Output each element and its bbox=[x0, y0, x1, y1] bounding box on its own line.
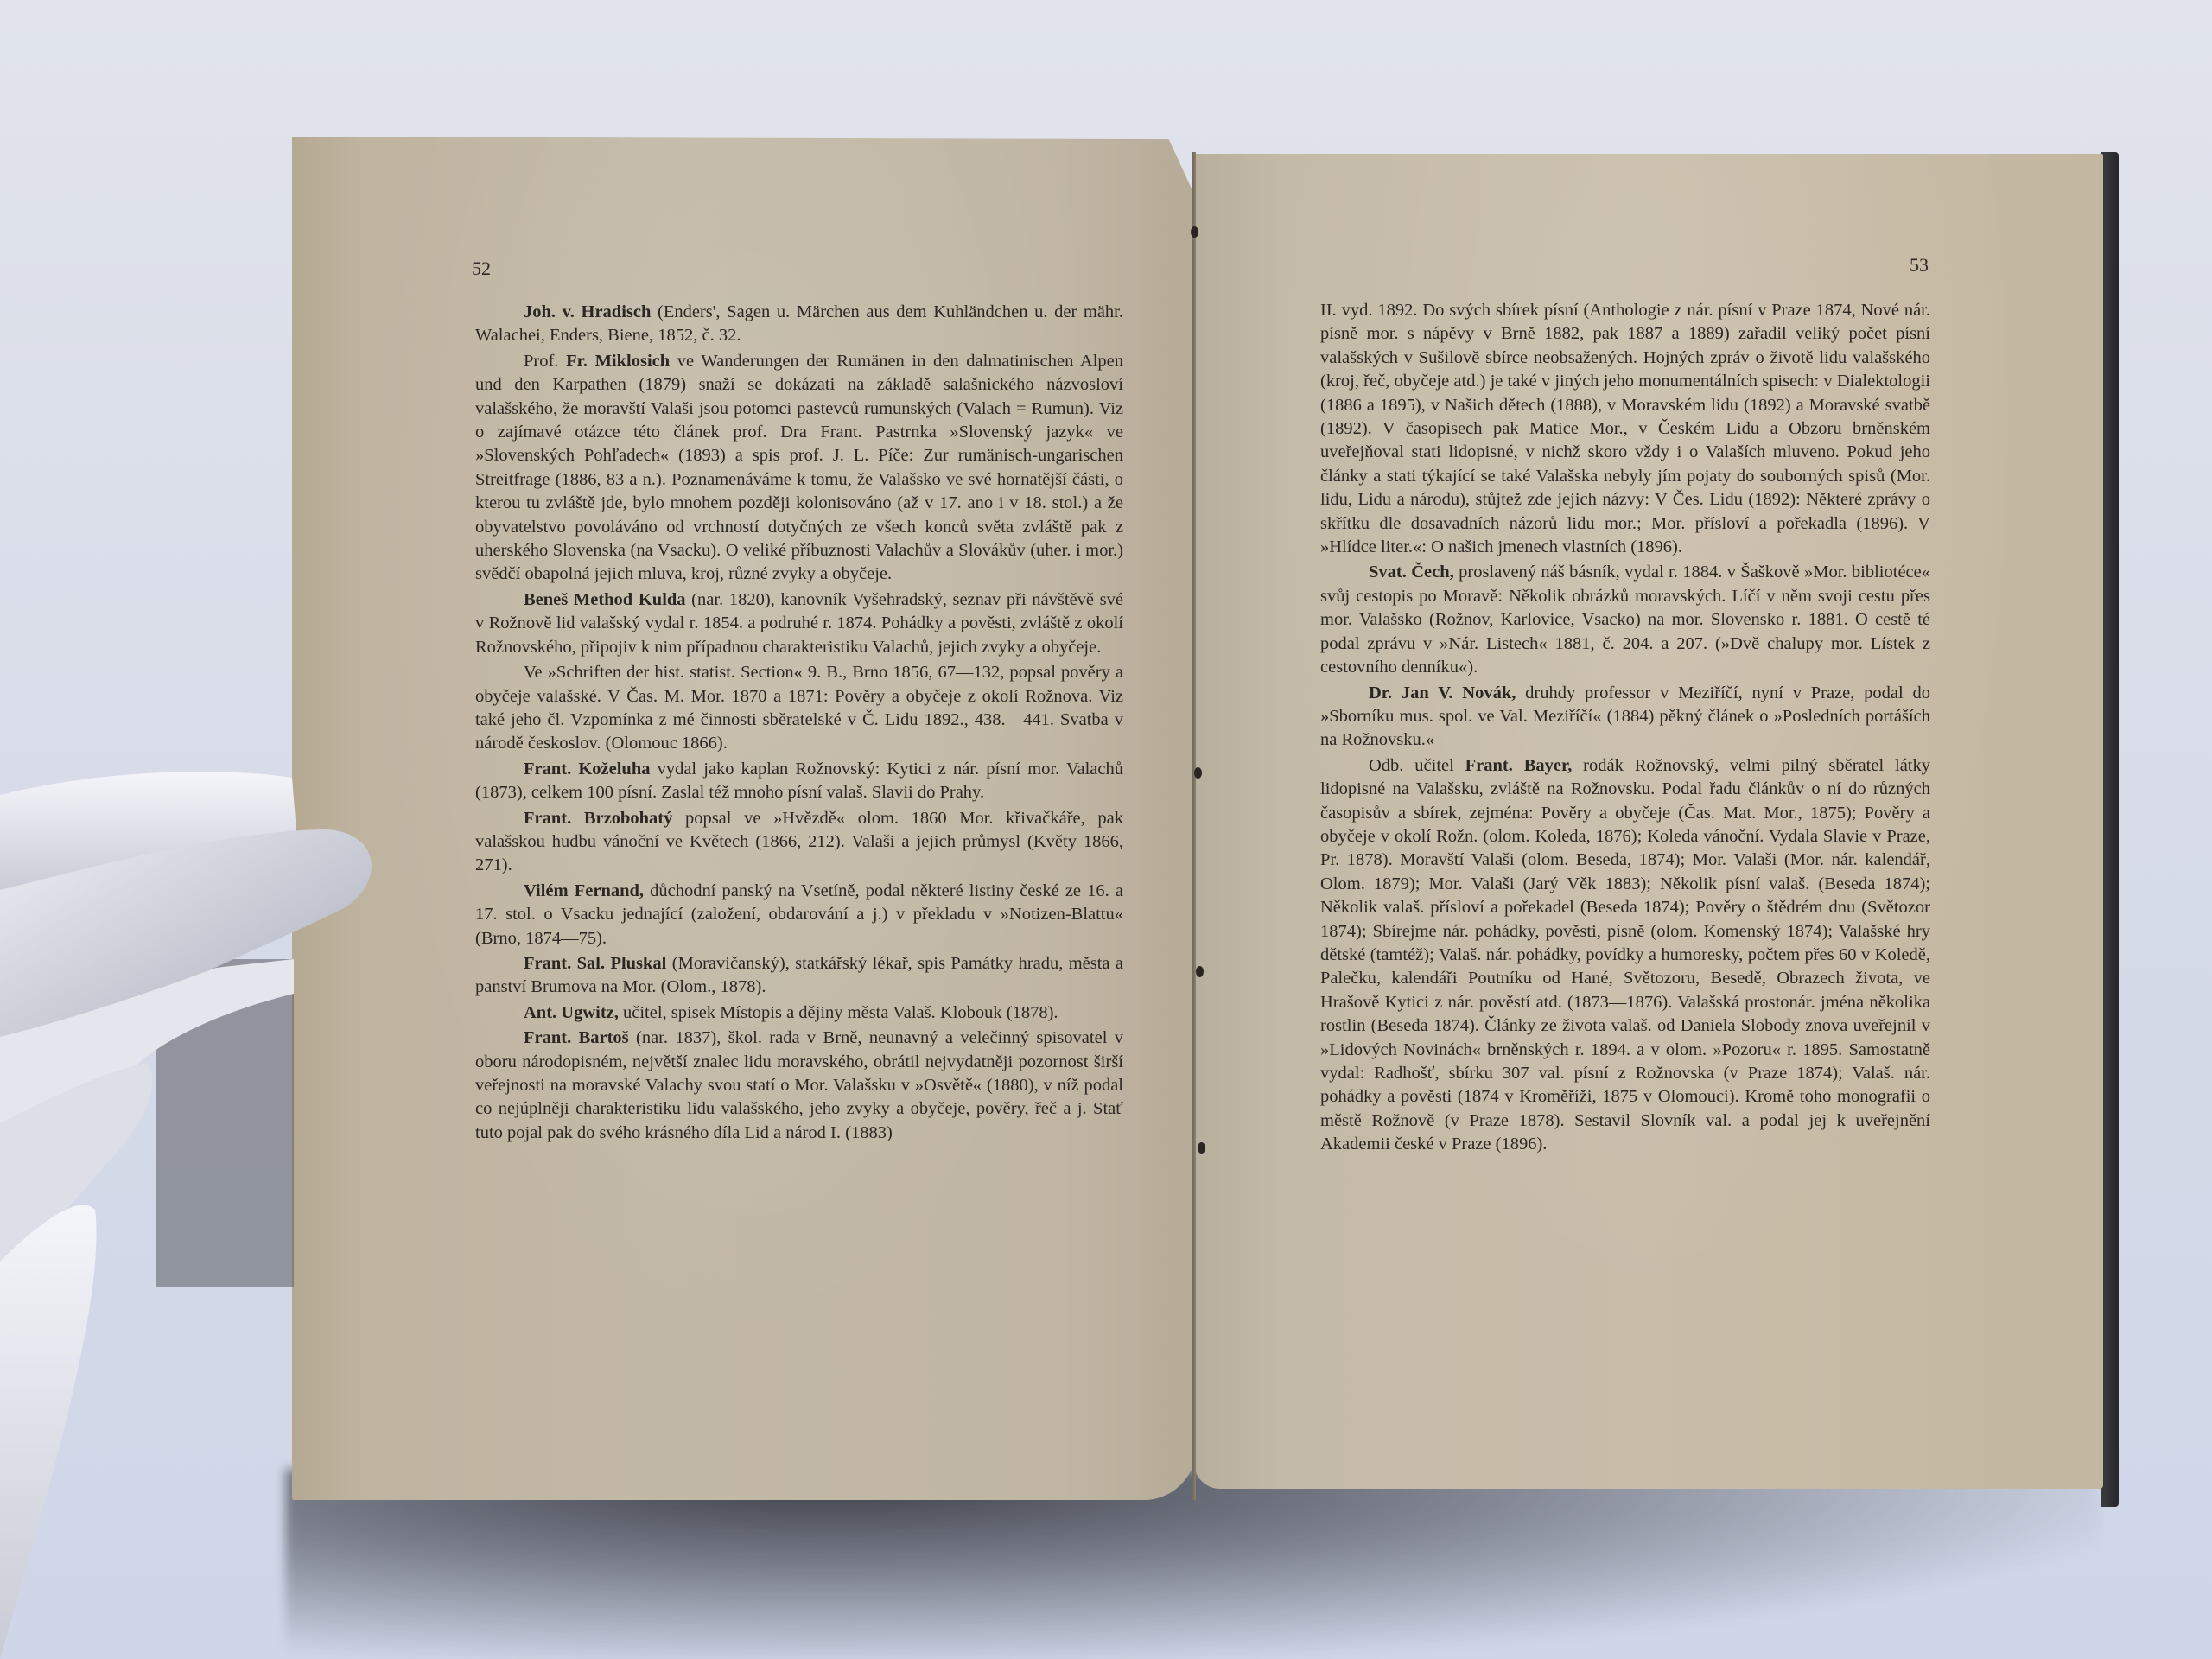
binding-stitch bbox=[1196, 966, 1204, 977]
paragraph: Beneš Method Kulda (nar. 1820), kanovník… bbox=[475, 588, 1123, 659]
binding-stitch bbox=[1191, 226, 1198, 238]
paragraph: Vilém Fernand, důchodní panský na Vsetín… bbox=[475, 880, 1123, 950]
paragraph: Ve »Schriften der hist. statist. Section… bbox=[475, 661, 1123, 756]
page-number-left: 52 bbox=[472, 257, 491, 280]
left-page-text: Joh. v. Hradisch (Enders', Sagen u. Märc… bbox=[475, 301, 1123, 1147]
book-back-cover bbox=[2101, 152, 2119, 1507]
paragraph: Odb. učitel Frant. Bayer, rodák Rožnovsk… bbox=[1320, 754, 1930, 1157]
paragraph: Dr. Jan V. Novák, druhdy professor v Mez… bbox=[1320, 682, 1930, 753]
photo-scene: 52 Joh. v. Hradisch (Enders', Sagen u. M… bbox=[0, 0, 2212, 1659]
paragraph: Ant. Ugwitz, učitel, spisek Místopis a d… bbox=[475, 1001, 1123, 1025]
paragraph: Frant. Brzobohatý popsal ve »Hvězdě« olo… bbox=[475, 807, 1123, 878]
right-page-text: II. vyd. 1892. Do svých sbírek písní (An… bbox=[1320, 299, 1930, 1159]
paragraph: Frant. Bartoš (nar. 1837), škol. rada v … bbox=[475, 1027, 1123, 1145]
paragraph: Frant. Koželuha vydal jako kaplan Rožnov… bbox=[475, 758, 1123, 805]
paragraph: Prof. Fr. Miklosich ve Wanderungen der R… bbox=[475, 350, 1123, 587]
paragraph: Frant. Sal. Pluskal (Moravičanský), stat… bbox=[475, 952, 1123, 1000]
paragraph: Svat. Čech, proslavený náš básník, vydal… bbox=[1320, 561, 1930, 679]
right-page: 53 II. vyd. 1892. Do svých sbírek písní … bbox=[1194, 154, 2103, 1489]
binding-stitch bbox=[1198, 1142, 1205, 1154]
white-glove-hand bbox=[0, 760, 397, 1659]
page-number-right: 53 bbox=[1910, 254, 1929, 276]
paragraph: II. vyd. 1892. Do svých sbírek písní (An… bbox=[1320, 299, 1930, 559]
binding-stitch bbox=[1194, 767, 1202, 779]
left-page: 52 Joh. v. Hradisch (Enders', Sagen u. M… bbox=[292, 137, 1196, 1500]
paragraph: Joh. v. Hradisch (Enders', Sagen u. Märc… bbox=[475, 301, 1123, 348]
book-gutter bbox=[1192, 152, 1196, 1500]
